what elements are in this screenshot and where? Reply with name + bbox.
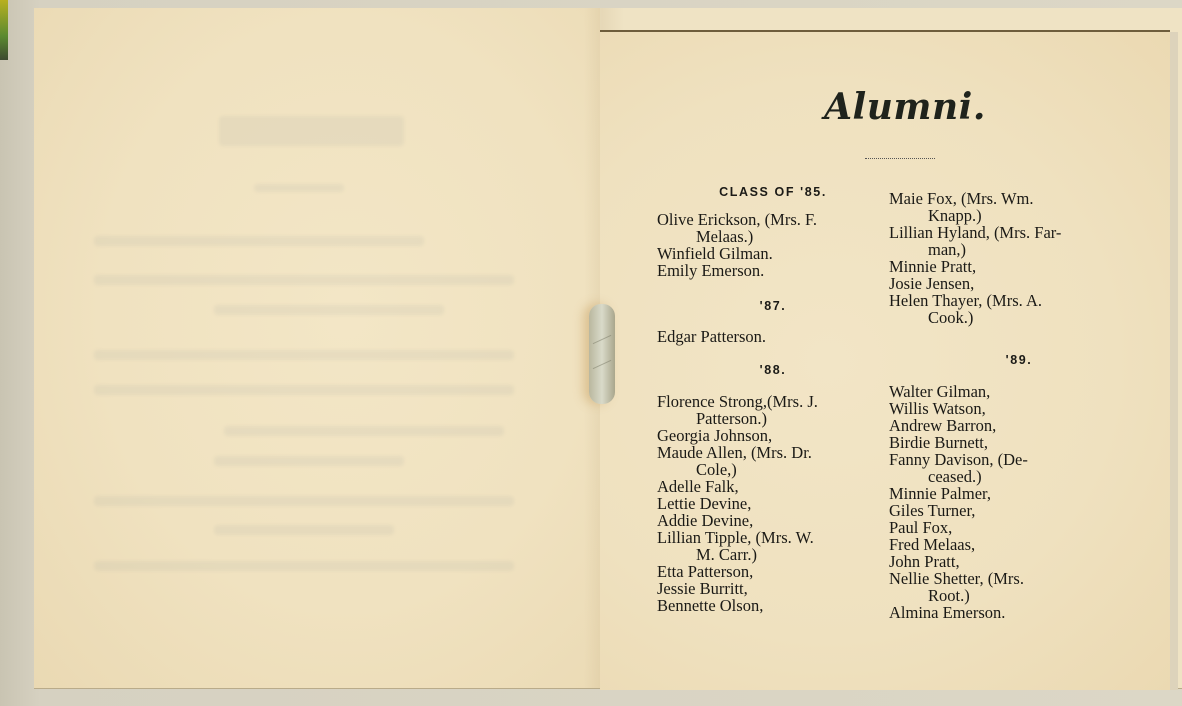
- bleed-through-line: [94, 236, 424, 246]
- bleed-through-line: [214, 305, 444, 315]
- bleed-through-heading: [219, 116, 404, 146]
- alumni-entry: Walter Gilman,: [889, 383, 1149, 400]
- alumni-entry: Lillian Tipple, (Mrs. W.M. Carr.): [657, 529, 889, 563]
- alumni-entry: Edgar Patterson.: [657, 328, 889, 345]
- alumni-entry: Jessie Burritt,: [657, 580, 889, 597]
- class-heading-88: '88.: [657, 362, 889, 379]
- alumni-entry: Georgia Johnson,: [657, 427, 889, 444]
- alumni-entry: Bennette Olson,: [657, 597, 889, 614]
- alumni-entry: Birdie Burnett,: [889, 434, 1149, 451]
- alumni-entry: Josie Jensen,: [889, 275, 1149, 292]
- alumni-entry: Maie Fox, (Mrs. Wm.Knapp.): [889, 190, 1149, 224]
- class-heading-85: CLASS OF '85.: [657, 184, 889, 201]
- title-ornament-rule: [865, 152, 935, 159]
- alumni-entry: Lettie Devine,: [657, 495, 889, 512]
- alumni-entry: John Pratt,: [889, 553, 1149, 570]
- alumni-entry: Minnie Pratt,: [889, 258, 1149, 275]
- bleed-through-line: [214, 456, 404, 466]
- alumni-entry: Emily Emerson.: [657, 262, 889, 279]
- alumni-entry: Etta Patterson,: [657, 563, 889, 580]
- alumni-entry: Maude Allen, (Mrs. Dr.Cole,): [657, 444, 889, 478]
- bleed-through-line: [94, 561, 514, 571]
- bleed-through-line: [94, 385, 514, 395]
- alumni-entry: Fred Melaas,: [889, 536, 1149, 553]
- left-page: [34, 8, 600, 688]
- class-heading-87: '87.: [657, 298, 889, 315]
- alumni-entry: Florence Strong,(Mrs. J.Patterson.): [657, 393, 889, 427]
- alumni-entry: Almina Emerson.: [889, 604, 1149, 621]
- bleed-through-line: [94, 350, 514, 360]
- bleed-through-line: [94, 496, 514, 506]
- binding-thread: [589, 304, 615, 404]
- alumni-entry: Adelle Falk,: [657, 478, 889, 495]
- alumni-column-left: CLASS OF '85. Olive Erickson, (Mrs. F.Me…: [657, 184, 889, 614]
- alumni-entry: Paul Fox,: [889, 519, 1149, 536]
- class-heading-89: '89.: [889, 352, 1149, 369]
- alumni-entry: Winfield Gilman.: [657, 245, 889, 262]
- bleed-through-line: [224, 426, 504, 436]
- alumni-entry: Fanny Davison, (De-ceased.): [889, 451, 1149, 485]
- alumni-entry: Andrew Barron,: [889, 417, 1149, 434]
- bleed-through-line: [214, 525, 394, 535]
- alumni-entry: Addie Devine,: [657, 512, 889, 529]
- alumni-entry: Helen Thayer, (Mrs. A.Cook.): [889, 292, 1149, 326]
- alumni-entry: Willis Watson,: [889, 400, 1149, 417]
- alumni-entry: Olive Erickson, (Mrs. F.Melaas.): [657, 211, 889, 245]
- bleed-through-line: [94, 275, 514, 285]
- alumni-column-right: Maie Fox, (Mrs. Wm.Knapp.) Lillian Hylan…: [889, 190, 1149, 621]
- bleed-through-rule: [254, 184, 344, 192]
- alumni-entry: Minnie Palmer,: [889, 485, 1149, 502]
- alumni-entry: Giles Turner,: [889, 502, 1149, 519]
- alumni-entry: Lillian Hyland, (Mrs. Far-man,): [889, 224, 1149, 258]
- page-title: Alumni.: [790, 86, 1020, 128]
- alumni-entry: Nellie Shetter, (Mrs.Root.): [889, 570, 1149, 604]
- cover-edge: [0, 0, 8, 60]
